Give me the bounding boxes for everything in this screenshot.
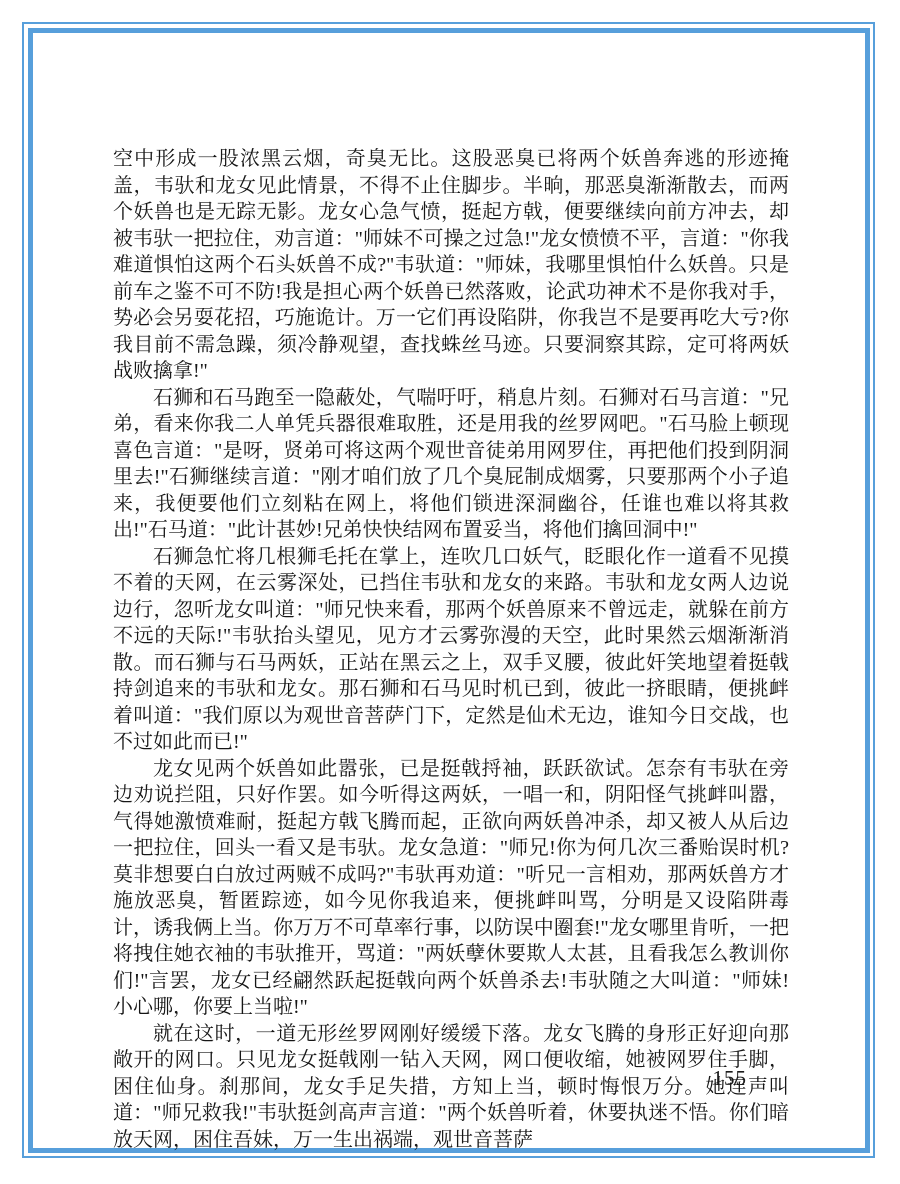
paragraph-5: 就在这时，一道无形丝罗网刚好缓缓下落。龙女飞腾的身形正好迎向那敞开的网口。只见龙… <box>113 1021 789 1154</box>
paragraph-1: 空中形成一股浓黑云烟，奇臭无比。这股恶臭已将两个妖兽奔逃的形迹掩盖，韦驮和龙女见… <box>113 146 789 385</box>
paragraph-3: 石狮急忙将几根狮毛托在掌上，连吹几口妖气，眨眼化作一道看不见摸不着的天网，在云雾… <box>113 544 789 756</box>
paragraph-4: 龙女见两个妖兽如此嚣张，已是挺戟捋袖，跃跃欲试。怎奈有韦驮在旁边劝说拦阻，只好作… <box>113 756 789 1021</box>
book-page: { "document": { "page_number": "155", "p… <box>0 0 900 1184</box>
body-text: 空中形成一股浓黑云烟，奇臭无比。这股恶臭已将两个妖兽奔逃的形迹掩盖，韦驮和龙女见… <box>113 146 789 1153</box>
page-number: 155 <box>713 1066 748 1091</box>
paragraph-2: 石狮和石马跑至一隐蔽处，气喘吁吁，稍息片刻。石狮对石马言道："兄弟，看来你我二人… <box>113 385 789 544</box>
